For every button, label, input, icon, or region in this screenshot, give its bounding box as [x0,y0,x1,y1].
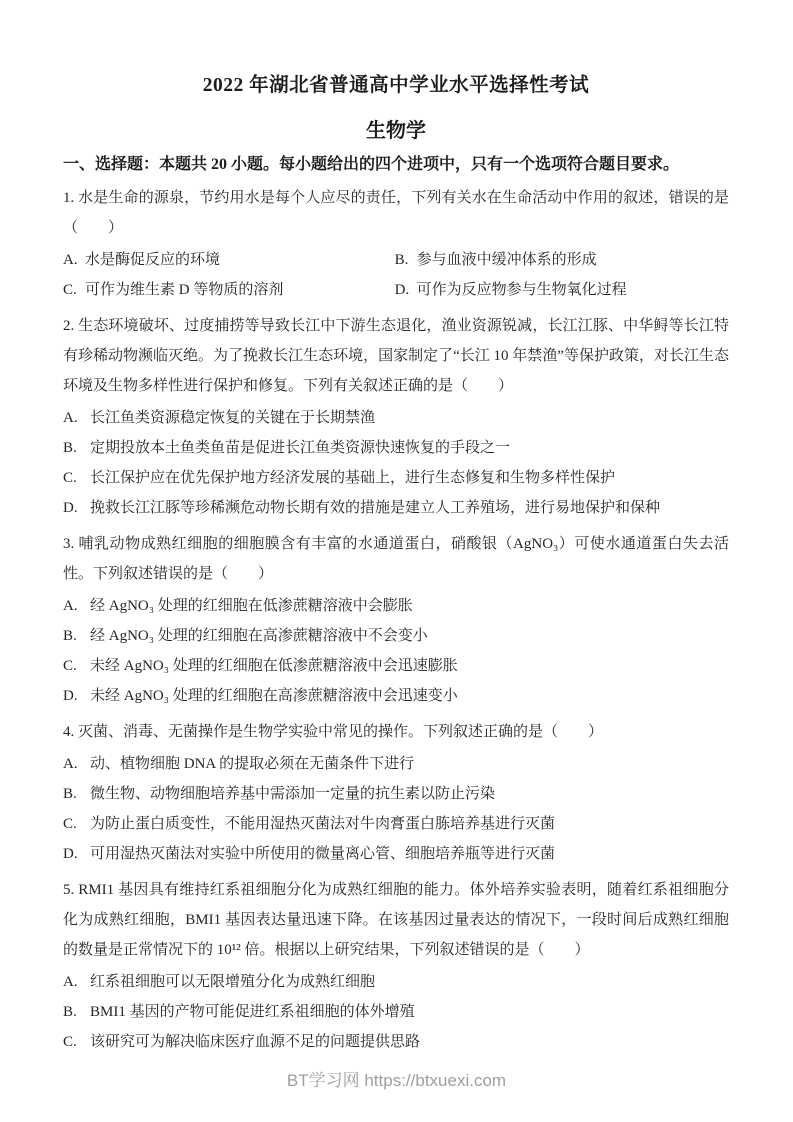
option-c: C.长江保护应在优先保护地方经济发展的基础上，进行生态修复和生物多样性保护 [63,463,729,493]
option-text: 经 AgNO₃ 处理的红细胞在高渗蔗糖溶液中不会变小 [90,628,428,644]
option-label: B. [63,779,90,809]
option-text: 可用湿热灭菌法对实验中所使用的微量离心管、细胞培养瓶等进行灭菌 [90,846,555,862]
option-label: C. [63,651,90,681]
option-c: C.该研究可为解决临床医疗血源不足的问题提供思路 [63,1027,729,1057]
option-label: D. [63,839,90,869]
option-b: B.BMI1 基因的产物可能促进红系祖细胞的体外增殖 [63,997,729,1027]
option-label: B. [63,621,90,651]
option-d: D.未经 AgNO₃ 处理的红细胞在高渗蔗糖溶液中会迅速变小 [63,681,729,711]
question-3: 3. 哺乳动物成熟红细胞的细胞膜含有丰富的水通道蛋白，硝酸银（AgNO₃）可使水… [63,529,729,711]
section-heading: 一、选择题：本题共 20 小题。每小题给出的四个进项中，只有一个选项符合题目要求… [63,150,729,180]
option-label: D. [63,493,90,523]
question-4-stem: 4. 灭菌、消毒、无菌操作是生物学实验中常见的操作。下列叙述正确的是（ ） [63,717,729,747]
option-text: 微生物、动物细胞培养基中需添加一定量的抗生素以防止污染 [90,786,495,802]
option-label: A. [63,749,90,779]
option-text: 为防止蛋白质变性，不能用湿热灭菌法对牛肉膏蛋白胨培养基进行灭菌 [90,816,555,832]
option-b: B.微生物、动物细胞培养基中需添加一定量的抗生素以防止污染 [63,779,729,809]
option-c: C.可作为维生素 D 等物质的溶剂 [63,275,395,305]
option-text: 挽救长江江豚等珍稀濒危动物长期有效的措施是建立人工养殖场，进行易地保护和保种 [90,500,660,516]
question-1: 1. 水是生命的源泉，节约用水是每个人应尽的责任，下列有关水在生命活动中作用的叙… [63,183,729,305]
option-text: 长江保护应在优先保护地方经济发展的基础上，进行生态修复和生物多样性保护 [90,470,615,486]
option-b: B.参与血液中缓冲体系的形成 [395,245,729,275]
option-text: 定期投放本土鱼类鱼苗是促进长江鱼类资源快速恢复的手段之一 [90,440,510,456]
option-label: B. [395,245,417,275]
option-text: 红系祖细胞可以无限增殖分化为成熟红细胞 [90,974,375,990]
option-a: A.水是酶促反应的环境 [63,245,395,275]
option-text: 该研究可为解决临床医疗血源不足的问题提供思路 [90,1034,420,1050]
option-text: 动、植物细胞 DNA 的提取必须在无菌条件下进行 [90,756,414,772]
option-c: C.未经 AgNO₃ 处理的红细胞在低渗蔗糖溶液中会迅速膨胀 [63,651,729,681]
option-text: 长江鱼类资源稳定恢复的关键在于长期禁渔 [90,410,375,426]
option-d: D.可用湿热灭菌法对实验中所使用的微量离心管、细胞培养瓶等进行灭菌 [63,839,729,869]
option-text: BMI1 基因的产物可能促进红系祖细胞的体外增殖 [90,1004,415,1020]
option-a: A.动、植物细胞 DNA 的提取必须在无菌条件下进行 [63,749,729,779]
option-text: 可作为维生素 D 等物质的溶剂 [85,282,283,298]
option-label: B. [63,433,90,463]
option-label: A. [63,967,90,997]
option-b: B.定期投放本土鱼类鱼苗是促进长江鱼类资源快速恢复的手段之一 [63,433,729,463]
exam-subject: 生物学 [63,116,729,146]
option-label: A. [63,591,90,621]
option-label: C. [63,1027,90,1057]
option-text: 水是酶促反应的环境 [85,252,220,268]
option-label: A. [63,403,90,433]
question-3-stem: 3. 哺乳动物成熟红细胞的细胞膜含有丰富的水通道蛋白，硝酸银（AgNO₃）可使水… [63,529,729,589]
option-text: 参与血液中缓冲体系的形成 [417,252,597,268]
option-text: 经 AgNO₃ 处理的红细胞在低渗蔗糖溶液中会膨胀 [90,598,413,614]
option-c: C.为防止蛋白质变性，不能用湿热灭菌法对牛肉膏蛋白胨培养基进行灭菌 [63,809,729,839]
exam-content: 2022 年湖北省普通高中学业水平选择性考试 生物学 一、选择题：本题共 20 … [0,0,793,1057]
question-5-stem: 5. RMI1 基因具有维持红系祖细胞分化为成熟红细胞的能力。体外培养实验表明，… [63,875,729,965]
question-5-options: A.红系祖细胞可以无限增殖分化为成熟红细胞 B.BMI1 基因的产物可能促进红系… [63,967,729,1057]
option-label: B. [63,997,90,1027]
option-a: A.长江鱼类资源稳定恢复的关键在于长期禁渔 [63,403,729,433]
question-2-stem: 2. 生态环境破坏、过度捕捞等导致长江中下游生态退化，渔业资源锐减，长江江豚、中… [63,311,729,401]
question-4-options: A.动、植物细胞 DNA 的提取必须在无菌条件下进行 B.微生物、动物细胞培养基… [63,749,729,869]
question-1-stem: 1. 水是生命的源泉，节约用水是每个人应尽的责任，下列有关水在生命活动中作用的叙… [63,183,729,243]
option-text: 未经 AgNO₃ 处理的红细胞在高渗蔗糖溶液中会迅速变小 [90,688,458,704]
option-label: D. [395,275,417,305]
option-label: D. [63,681,90,711]
option-label: C. [63,275,85,305]
question-3-options: A.经 AgNO₃ 处理的红细胞在低渗蔗糖溶液中会膨胀 B.经 AgNO₃ 处理… [63,591,729,711]
option-label: A. [63,245,85,275]
option-label: C. [63,809,90,839]
option-d: D.挽救长江江豚等珍稀濒危动物长期有效的措施是建立人工养殖场，进行易地保护和保种 [63,493,729,523]
question-5: 5. RMI1 基因具有维持红系祖细胞分化为成熟红细胞的能力。体外培养实验表明，… [63,875,729,1057]
option-text: 未经 AgNO₃ 处理的红细胞在低渗蔗糖溶液中会迅速膨胀 [90,658,458,674]
exam-title: 2022 年湖北省普通高中学业水平选择性考试 [63,72,729,100]
option-text: 可作为反应物参与生物氧化过程 [417,282,627,298]
question-1-options: A.水是酶促反应的环境 B.参与血液中缓冲体系的形成 C.可作为维生素 D 等物… [63,245,729,305]
exam-page: 2022 年湖北省普通高中学业水平选择性考试 生物学 一、选择题：本题共 20 … [0,0,793,1122]
option-a: A.经 AgNO₃ 处理的红细胞在低渗蔗糖溶液中会膨胀 [63,591,729,621]
option-label: C. [63,463,90,493]
question-2: 2. 生态环境破坏、过度捕捞等导致长江中下游生态退化，渔业资源锐减，长江江豚、中… [63,311,729,523]
option-b: B.经 AgNO₃ 处理的红细胞在高渗蔗糖溶液中不会变小 [63,621,729,651]
option-d: D.可作为反应物参与生物氧化过程 [395,275,729,305]
option-a: A.红系祖细胞可以无限增殖分化为成熟红细胞 [63,967,729,997]
question-4: 4. 灭菌、消毒、无菌操作是生物学实验中常见的操作。下列叙述正确的是（ ） A.… [63,717,729,869]
question-2-options: A.长江鱼类资源稳定恢复的关键在于长期禁渔 B.定期投放本土鱼类鱼苗是促进长江鱼… [63,403,729,523]
watermark-text: BT学习网 https://btxuexi.com [0,1066,793,1096]
